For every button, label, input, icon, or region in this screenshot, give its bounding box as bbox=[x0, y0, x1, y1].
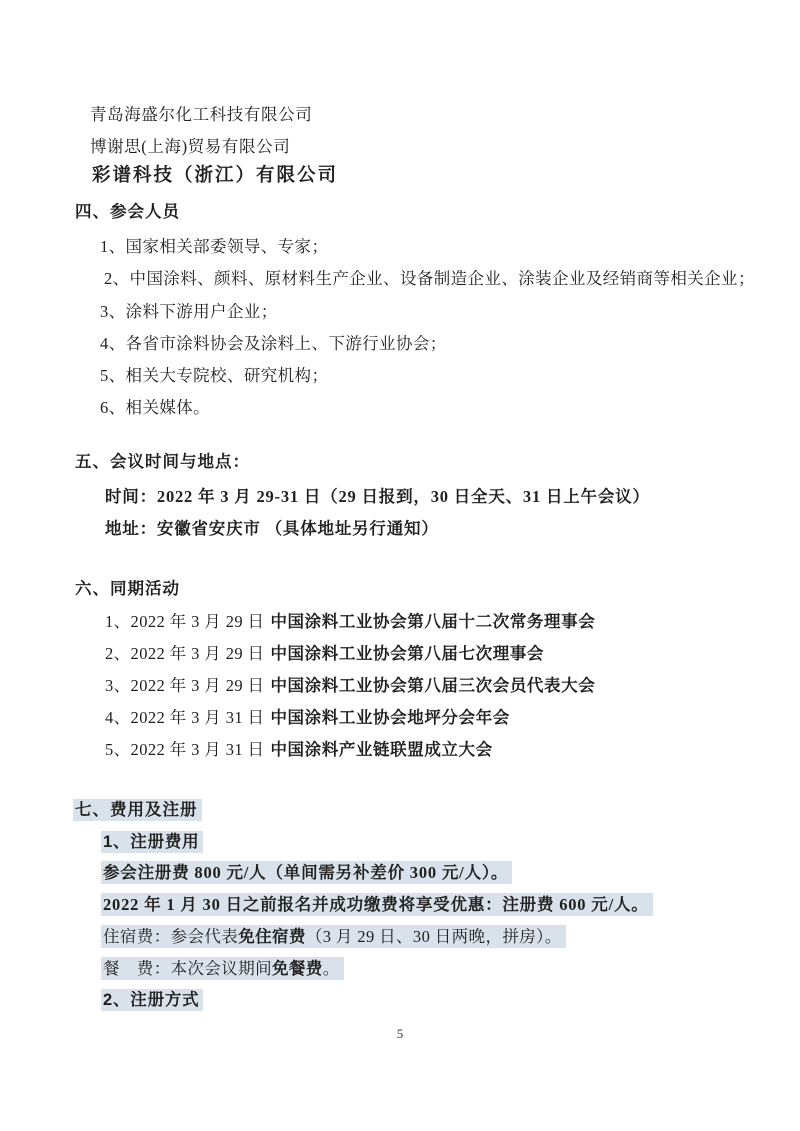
section6-heading: 六、同期活动 bbox=[75, 578, 180, 601]
meeting-time-line: 时间：2022 年 3 月 29-31 日（29 日报到，30 日全天、31 日… bbox=[105, 485, 650, 508]
event-item-1: 1、2022 年 3 月 29 日中国涂料工业协会第八届十二次常务理事会 bbox=[105, 610, 595, 633]
event-name: 中国涂料工业协会第八届三次会员代表大会 bbox=[270, 676, 595, 695]
discount-line: 2022 年 1 月 30 日之前报名并成功缴费将享受优惠：注册费 600 元/… bbox=[101, 893, 653, 916]
section7-heading: 七、费用及注册 bbox=[73, 799, 202, 821]
lodging-text-bold: 免住宿费 bbox=[238, 927, 306, 946]
registration-method-subheading-row: 2、注册方式 bbox=[101, 988, 203, 1012]
registration-fee-subheading: 1、注册费用 bbox=[101, 831, 203, 853]
lodging-text-post: （3 月 29 日、30 日两晚，拼房）。 bbox=[306, 927, 562, 946]
event-item-2: 2、2022 年 3 月 29 日中国涂料工业协会第八届七次理事会 bbox=[105, 642, 544, 665]
section4-item-4: 4、各省市涂料协会及涂料上、下游行业协会； bbox=[100, 332, 447, 355]
event-name: 中国涂料工业协会第八届十二次常务理事会 bbox=[270, 612, 595, 631]
event-name: 中国涂料工业协会第八届七次理事会 bbox=[270, 644, 544, 663]
discount-line-row: 2022 年 1 月 30 日之前报名并成功缴费将享受优惠：注册费 600 元/… bbox=[101, 893, 653, 916]
lodging-text-pre: 住宿费：参会代表 bbox=[103, 927, 238, 946]
event-date: 3、2022 年 3 月 29 日 bbox=[105, 676, 264, 695]
section7-heading-row: 七、费用及注册 bbox=[73, 798, 202, 822]
section4-heading: 四、参会人员 bbox=[75, 201, 180, 224]
meal-text-post: 。 bbox=[323, 959, 340, 978]
meal-text-pre: 餐 费：本次会议期间 bbox=[103, 959, 272, 978]
meeting-address-line: 地址：安徽省安庆市 （具体地址另行通知） bbox=[105, 517, 439, 540]
section4-item-5: 5、相关大专院校、研究机构； bbox=[100, 364, 328, 387]
event-item-3: 3、2022 年 3 月 29 日中国涂料工业协会第八届三次会员代表大会 bbox=[105, 674, 595, 697]
meal-line: 餐 费：本次会议期间免餐费。 bbox=[101, 957, 344, 980]
event-date: 5、2022 年 3 月 31 日 bbox=[105, 740, 264, 759]
section4-item-3: 3、涂料下游用户企业； bbox=[100, 300, 278, 323]
registration-fee-subheading-row: 1、注册费用 bbox=[101, 830, 203, 854]
event-date: 1、2022 年 3 月 29 日 bbox=[105, 612, 264, 631]
lodging-line-row: 住宿费：参会代表免住宿费（3 月 29 日、30 日两晚，拼房）。 bbox=[101, 925, 566, 948]
event-name: 中国涂料产业链联盟成立大会 bbox=[270, 740, 492, 759]
event-date: 4、2022 年 3 月 31 日 bbox=[105, 708, 264, 727]
meal-line-row: 餐 费：本次会议期间免餐费。 bbox=[101, 957, 344, 980]
document-page: 青岛海盛尔化工科技有限公司 博谢思(上海)贸易有限公司 彩谱科技（浙江）有限公司… bbox=[0, 0, 800, 1131]
section4-item-2: 2、中国涂料、颜料、原材料生产企业、设备制造企业、涂装企业及经销商等相关企业； bbox=[104, 267, 755, 290]
company-line-1: 青岛海盛尔化工科技有限公司 bbox=[90, 103, 312, 126]
fee-line-row: 参会注册费 800 元/人（单间需另补差价 300 元/人）。 bbox=[101, 861, 512, 884]
company-line-2: 博谢思(上海)贸易有限公司 bbox=[90, 135, 290, 158]
company-line-3: 彩谱科技（浙江）有限公司 bbox=[92, 163, 338, 186]
event-item-5: 5、2022 年 3 月 31 日中国涂料产业链联盟成立大会 bbox=[105, 738, 493, 761]
registration-method-subheading: 2、注册方式 bbox=[101, 989, 203, 1011]
section5-heading: 五、会议时间与地点： bbox=[75, 451, 250, 474]
page-number: 5 bbox=[0, 1026, 800, 1042]
section4-item-6: 6、相关媒体。 bbox=[100, 396, 210, 419]
event-date: 2、2022 年 3 月 29 日 bbox=[105, 644, 264, 663]
lodging-line: 住宿费：参会代表免住宿费（3 月 29 日、30 日两晚，拼房）。 bbox=[101, 925, 566, 948]
section4-item-1: 1、国家相关部委领导、专家； bbox=[100, 235, 328, 258]
event-name: 中国涂料工业协会地坪分会年会 bbox=[270, 708, 509, 727]
fee-line: 参会注册费 800 元/人（单间需另补差价 300 元/人）。 bbox=[101, 861, 512, 884]
event-item-4: 4、2022 年 3 月 31 日中国涂料工业协会地坪分会年会 bbox=[105, 706, 510, 729]
meal-text-bold: 免餐费 bbox=[272, 959, 323, 978]
